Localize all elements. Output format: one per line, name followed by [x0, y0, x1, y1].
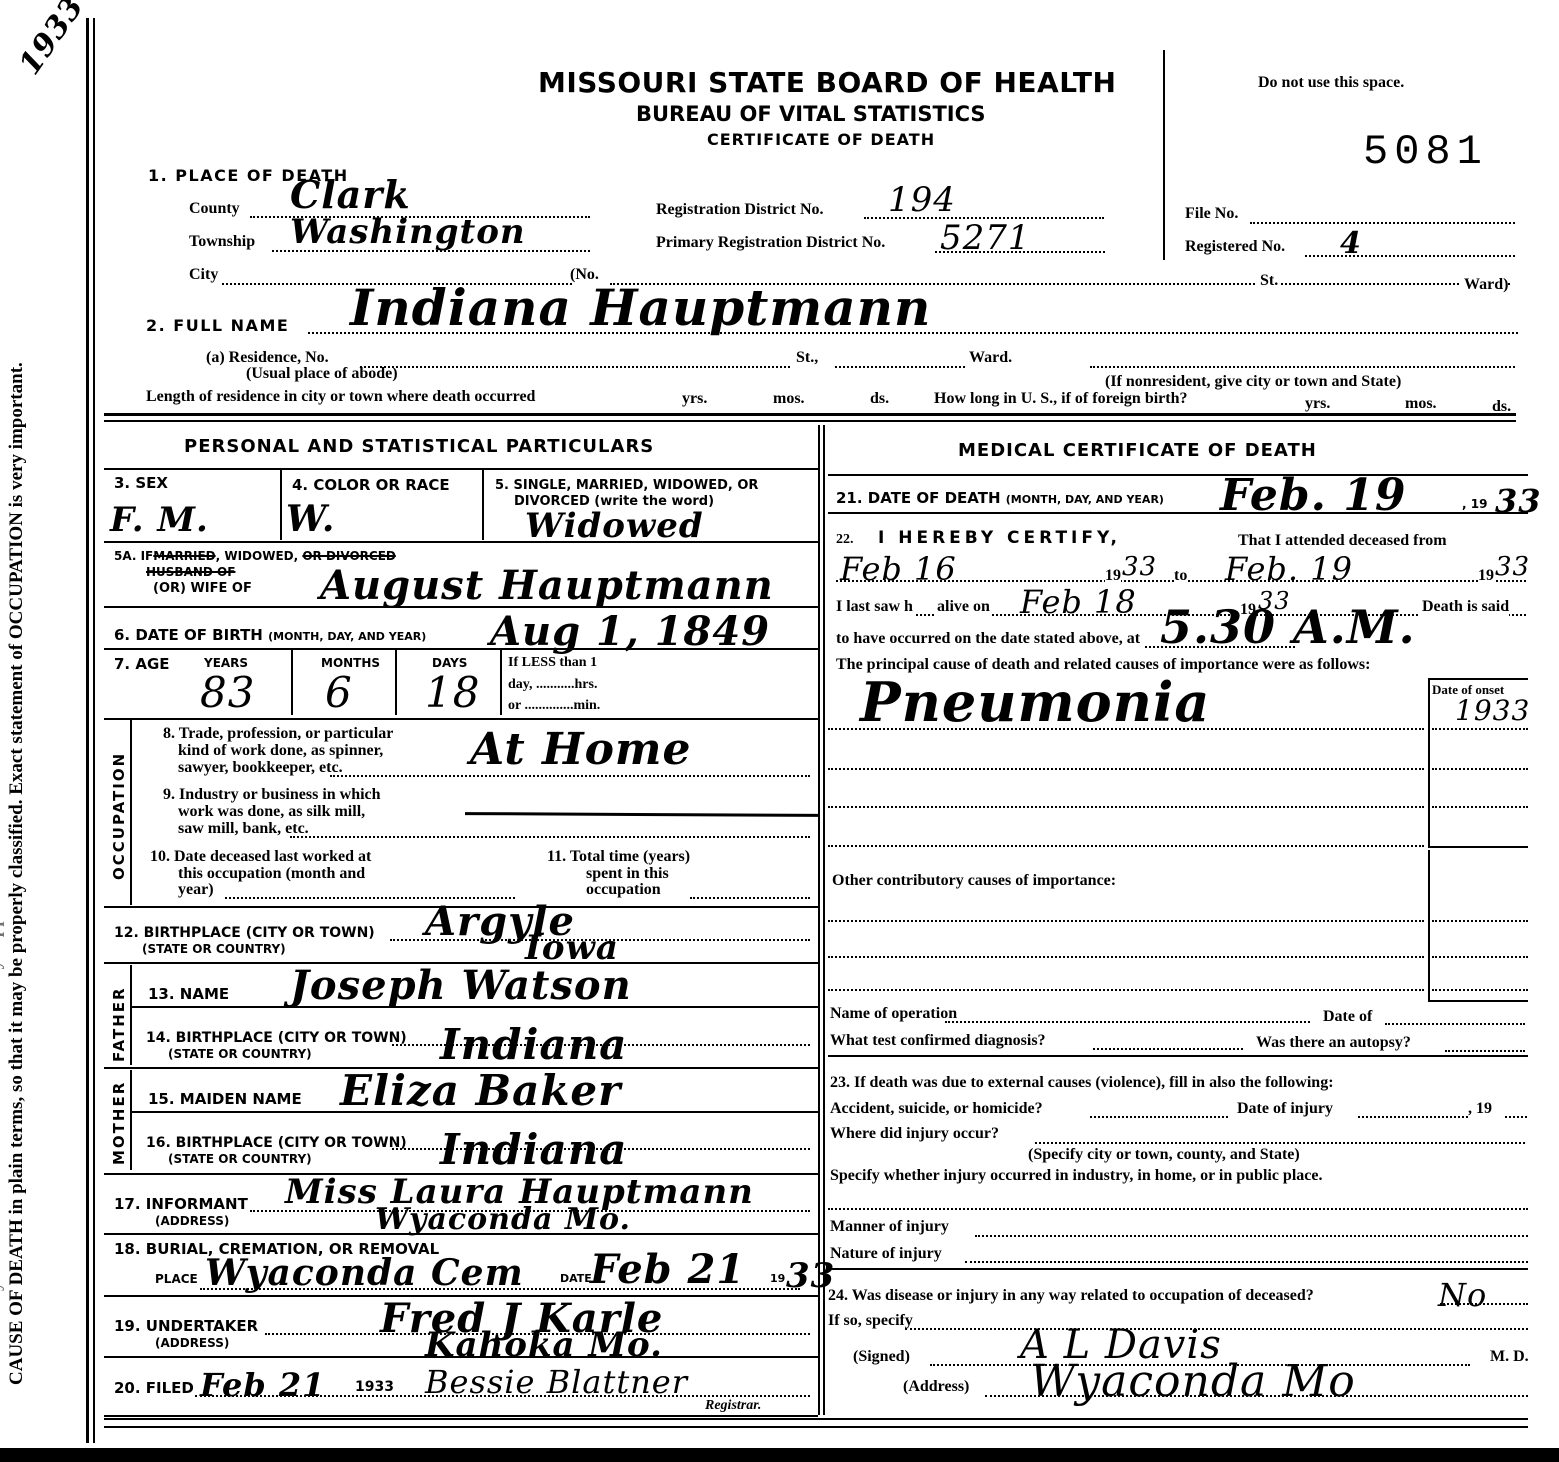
less-label-1: If LESS than 1: [508, 655, 597, 671]
attended-to-value: Feb. 19: [1225, 550, 1353, 588]
row-rule-7: [104, 718, 818, 720]
city-st-label: St.: [1257, 272, 1281, 290]
q11-line1: 11. Total time (years): [547, 848, 690, 866]
q8-line1: 8. Trade, profession, or particular: [163, 725, 393, 743]
q11-field[interactable]: [690, 897, 810, 899]
father-birthplace-label: 14. BIRTHPLACE (CITY OR TOWN): [146, 1030, 407, 1046]
length-ds-label: ds.: [870, 390, 889, 408]
length-yrs-label: yrs.: [682, 390, 707, 408]
onset-box-left: [1428, 678, 1430, 846]
q8-line2: kind of work done, as spinner,: [178, 742, 383, 760]
dod-label: 21. DATE OF DEATH: [836, 489, 1001, 507]
personal-section-title: PERSONAL AND STATISTICAL PARTICULARS: [184, 436, 654, 457]
foreign-yrs-label: yrs.: [1305, 395, 1330, 413]
marital-label-1: 5. SINGLE, MARRIED, WIDOWED, OR: [495, 478, 758, 493]
injury-year-prefix: , 19: [1468, 1100, 1492, 1118]
registered-no-label: Registered No.: [1185, 238, 1285, 256]
cause-value: Pneumonia: [860, 670, 1210, 734]
dob-label-group: 6. DATE OF BIRTH (MONTH, DAY, AND YEAR): [114, 626, 426, 644]
margin-instructions-line2: N.B.—Every item of information should be…: [0, 5, 6, 1385]
age-divider-2: [395, 650, 397, 715]
bottom-rule-2: [104, 1426, 1528, 1428]
spouse-label-if: 5A. IF: [114, 549, 153, 563]
spouse-label-line1: 5A. IFMARRIED, WIDOWED, OR DIVORCED: [114, 549, 396, 563]
registered-no-field[interactable]: [1305, 255, 1515, 257]
residence-ward-field[interactable]: [835, 366, 965, 368]
signed-label: (Signed): [853, 1348, 910, 1366]
sex-label: 3. SEX: [114, 474, 168, 492]
to-label: to: [1174, 567, 1187, 585]
less-label-3: or ..............min.: [508, 698, 600, 714]
occurred-label: to have occurred on the date stated abov…: [836, 630, 1140, 648]
personal-title-rule: [104, 468, 818, 470]
test-label: What test confirmed diagnosis?: [830, 1032, 1046, 1050]
race-marital-divider: [482, 470, 484, 540]
informant-address-value: Wyaconda Mo.: [375, 1202, 631, 1237]
q8-line3: sawyer, bookkeeper, etc.: [178, 759, 343, 777]
undertaker-label: 19. UNDERTAKER: [114, 1317, 258, 1335]
from-year-value: 33: [1122, 552, 1157, 582]
to-year-prefix: 19: [1478, 567, 1494, 585]
county-value: Clark: [290, 172, 411, 217]
undertaker-address-value: Kahoka Mo.: [425, 1325, 663, 1365]
mother-name-value: Eliza Baker: [340, 1066, 621, 1115]
township-value: Washington: [290, 212, 526, 252]
other-line-3[interactable]: [828, 989, 1424, 991]
mother-birthplace-label: 16. BIRTHPLACE (CITY OR TOWN): [146, 1135, 407, 1151]
nonresident-note: (If nonresident, give city or town and S…: [1105, 373, 1401, 391]
primary-reg-label: Primary Registration District No.: [656, 234, 885, 252]
accident-field[interactable]: [1090, 1116, 1228, 1118]
certify-caps: I HEREBY CERTIFY,: [878, 528, 1121, 548]
injury-date-label: Date of injury: [1237, 1100, 1333, 1118]
father-birthplace-sub: (STATE OR COUNTRY): [168, 1047, 312, 1061]
residence-no-field[interactable]: [360, 366, 790, 368]
residence-ward-label: Ward.: [969, 349, 1012, 367]
dod-label-group: 21. DATE OF DEATH (MONTH, DAY, AND YEAR): [836, 489, 1164, 507]
row-rule-5: [104, 541, 818, 543]
mother-side-rule: [130, 1070, 132, 1170]
last-saw-value: Feb 18: [1020, 583, 1137, 621]
sex-value: F. M.: [110, 500, 209, 540]
dod-year-value: 33: [1495, 482, 1542, 520]
spouse-label-divorced: OR DIVORCED: [302, 549, 396, 563]
alive-on-label: alive on: [935, 598, 992, 616]
filed-label: 20. FILED: [114, 1379, 194, 1397]
age-divider-1: [291, 650, 293, 715]
county-label: County: [189, 200, 240, 218]
undertaker-sub: (ADDRESS): [155, 1336, 229, 1350]
spouse-label-wife: (OR) WIFE OF: [153, 581, 252, 596]
full-name-value: Indiana Hauptmann: [350, 278, 931, 337]
row-rule-13: [130, 1006, 818, 1008]
nonresident-field[interactable]: [1090, 366, 1515, 368]
burial-place-label: PLACE: [155, 1272, 198, 1286]
scan-edge: [0, 1448, 1559, 1462]
informant-sub: (ADDRESS): [155, 1214, 229, 1228]
q10-line1: 10. Date deceased last worked at: [150, 848, 371, 866]
other-line-1[interactable]: [828, 920, 1424, 922]
onset-line-1[interactable]: [1432, 728, 1528, 730]
medical-title-rule: [828, 474, 1528, 476]
burial-place-value: Wyaconda Cem: [205, 1252, 524, 1294]
injury-date-field[interactable]: [1358, 1116, 1468, 1118]
office-note: Do not use this space.: [1258, 74, 1404, 92]
mother-name-label: 15. MAIDEN NAME: [148, 1090, 302, 1108]
autopsy-label: Was there an autopsy?: [1256, 1034, 1411, 1052]
occupation-side-rule: [130, 720, 132, 905]
stamp-number: 5081: [1363, 128, 1488, 176]
file-no-field[interactable]: [1250, 222, 1515, 224]
cause-line-3[interactable]: [828, 806, 1424, 808]
injury-year-field[interactable]: [1505, 1116, 1527, 1118]
q9-field[interactable]: [290, 836, 810, 838]
residence-sub: (Usual place of abode): [246, 365, 398, 383]
operation-label: Name of operation: [830, 1005, 957, 1023]
length-residence-label: Length of residence in city or town wher…: [146, 388, 535, 406]
margin-instructions-line1: CAUSE OF DEATH in plain terms, so that i…: [6, 5, 28, 1385]
race-value: W.: [286, 498, 335, 540]
reg-district-value: 194: [888, 180, 956, 220]
father-birthplace-value: Indiana: [440, 1020, 627, 1069]
address-label: (Address): [903, 1378, 969, 1396]
q9-dash-stroke: [465, 812, 818, 817]
filed-date-value: Feb 21: [200, 1366, 325, 1404]
length-mos-label: mos.: [773, 390, 805, 408]
row-rule-6: [104, 648, 818, 650]
file-no-label: File No.: [1185, 205, 1238, 223]
onset-box-bottom-2: [1428, 1000, 1528, 1002]
spouse-label-husband: HUSBAND OF: [146, 565, 235, 579]
city-ward-label: Ward): [1461, 276, 1508, 294]
onset-box-bottom: [1428, 846, 1528, 848]
birthplace-label: 12. BIRTHPLACE (CITY OR TOWN): [114, 925, 375, 941]
certify-text: That I attended deceased from: [1238, 532, 1447, 550]
form-title: MISSOURI STATE BOARD OF HEALTH: [538, 66, 1116, 99]
q9-line1: 9. Industry or business in which: [163, 786, 381, 804]
mother-side-label: MOTHER: [110, 1081, 128, 1165]
years-value: 83: [200, 668, 255, 717]
address-value: Wyaconda Mo: [1030, 1356, 1356, 1407]
dob-label: 6. DATE OF BIRTH: [114, 626, 263, 644]
dod-year-prefix: , 19: [1462, 497, 1487, 511]
medical-section-title: MEDICAL CERTIFICATE OF DEATH: [958, 440, 1317, 461]
township-label: Township: [189, 233, 255, 251]
informant-label: 17. INFORMANT: [114, 1195, 248, 1213]
foreign-birth-label: How long in U. S., if of foreign birth?: [934, 390, 1188, 408]
dod-sub: (MONTH, DAY, AND YEAR): [1006, 493, 1164, 506]
specify-field[interactable]: [828, 1208, 1528, 1210]
row-rule-17: [104, 1233, 818, 1235]
row-rule-20: [104, 1415, 818, 1417]
specify-label: Specify whether injury occurred in indus…: [830, 1167, 1322, 1185]
days-value: 18: [425, 668, 480, 717]
office-box-divider: [1163, 50, 1165, 260]
father-name-value: Joseph Watson: [290, 962, 632, 1009]
marital-value: Widowed: [525, 506, 704, 546]
cause-line-2[interactable]: [828, 768, 1424, 770]
registered-no-value: 4: [1340, 226, 1362, 261]
mother-birthplace-value: Indiana: [440, 1125, 627, 1174]
row-rule-15: [130, 1111, 818, 1113]
onset-box-top: [1428, 678, 1528, 680]
occupation-side-label: OCCUPATION: [110, 752, 128, 880]
other-line-2[interactable]: [828, 956, 1424, 958]
margin-border-inner: [93, 18, 95, 1443]
age-divider-3: [500, 650, 502, 715]
burial-date-value: Feb 21: [590, 1246, 745, 1293]
registrar-label: Registrar.: [705, 1398, 761, 1414]
burial-year-prefix: 19: [770, 1272, 785, 1285]
other-causes-label: Other contributory causes of importance:: [832, 872, 1116, 890]
accident-label: Accident, suicide, or homicide?: [830, 1100, 1043, 1118]
nature-field[interactable]: [965, 1261, 1528, 1263]
residence-st-label: St.,: [796, 349, 818, 367]
divider-top: [104, 413, 1516, 416]
autopsy-field[interactable]: [1445, 1050, 1525, 1052]
q23-label: 23. If death was due to external causes …: [830, 1074, 1334, 1092]
birthplace-sub: (STATE OR COUNTRY): [142, 942, 286, 956]
attended-from-value: Feb 16: [840, 550, 957, 588]
operation-date-field[interactable]: [1385, 1023, 1525, 1025]
row-rule-21: [828, 512, 1528, 514]
other-onset-1[interactable]: [1432, 920, 1528, 922]
q11-line3: occupation: [586, 881, 661, 899]
where-sub: (Specify city or town, county, and State…: [1028, 1146, 1300, 1164]
q8-field[interactable]: [330, 775, 810, 777]
registrar-signature: Bessie Blattner: [425, 1363, 688, 1401]
father-side-rule: [130, 965, 132, 1065]
where-label: Where did injury occur?: [830, 1125, 999, 1143]
onset-box-left-2: [1428, 850, 1430, 1000]
form-subtitle: BUREAU OF VITAL STATISTICS: [636, 102, 986, 126]
burial-date-label: DATE: [560, 1272, 592, 1285]
primary-reg-value: 5271: [940, 218, 1031, 258]
full-name-label: 2. FULL NAME: [146, 316, 289, 335]
date-of-label: Date of: [1323, 1008, 1372, 1026]
time-value: 5.30 A.M.: [1160, 600, 1416, 654]
mother-birthplace-sub: (STATE OR COUNTRY): [168, 1152, 312, 1166]
dob-sub: (MONTH, DAY, AND YEAR): [268, 630, 426, 643]
spouse-label-widowed: , WIDOWED,: [216, 549, 303, 563]
test-field[interactable]: [1093, 1048, 1243, 1050]
if-so-label: If so, specify: [828, 1312, 913, 1330]
age-label: 7. AGE: [114, 655, 170, 673]
form-name: CERTIFICATE OF DEATH: [707, 130, 935, 149]
months-value: 6: [325, 668, 353, 717]
onset-line-2[interactable]: [1432, 768, 1528, 770]
nature-label: Nature of injury: [830, 1245, 942, 1263]
row-rule-22: [828, 1055, 1528, 1057]
q9-line2: work was done, as silk mill,: [178, 803, 365, 821]
margin-border-outer: [86, 18, 89, 1443]
death-said-label: Death is said: [1420, 598, 1509, 616]
sex-race-divider: [280, 470, 282, 540]
race-label: 4. COLOR OR RACE: [292, 476, 450, 494]
reg-district-label: Registration District No.: [656, 201, 824, 219]
spouse-value: August Hauptmann: [320, 562, 774, 609]
q8-value: At Home: [470, 724, 691, 775]
divider-top-2: [104, 420, 1516, 422]
where-field[interactable]: [1035, 1142, 1525, 1144]
row-rule-19: [104, 1356, 818, 1358]
onset-line-3[interactable]: [1432, 806, 1528, 808]
to-year-value: 33: [1495, 552, 1530, 582]
cause-line-4[interactable]: [828, 845, 1424, 847]
bottom-rule-1: [104, 1418, 1528, 1420]
last-saw-label: I last saw h: [836, 598, 915, 616]
onset-value: 1933: [1455, 694, 1530, 727]
other-onset-3[interactable]: [1432, 989, 1528, 991]
other-onset-2[interactable]: [1432, 956, 1528, 958]
father-name-label: 13. NAME: [148, 985, 229, 1003]
city-label: City: [189, 266, 218, 284]
manner-label: Manner of injury: [830, 1218, 949, 1236]
manner-field[interactable]: [975, 1235, 1528, 1237]
filed-year-value: 1933: [355, 1379, 394, 1395]
foreign-mos-label: mos.: [1405, 395, 1437, 413]
father-side-label: FATHER: [110, 986, 128, 1062]
q24-label: 24. Was disease or injury in any way rel…: [828, 1287, 1314, 1305]
q24-value: No: [1438, 1276, 1487, 1314]
spouse-label-married: MARRIED: [153, 549, 215, 563]
md-label: M. D.: [1490, 1348, 1529, 1366]
certify-num: 22.: [836, 532, 854, 548]
less-label-2: day, ...........hrs.: [508, 677, 597, 693]
operation-field[interactable]: [945, 1021, 1310, 1023]
row-rule-23: [828, 1268, 1528, 1270]
q10-line3: year): [178, 881, 214, 899]
